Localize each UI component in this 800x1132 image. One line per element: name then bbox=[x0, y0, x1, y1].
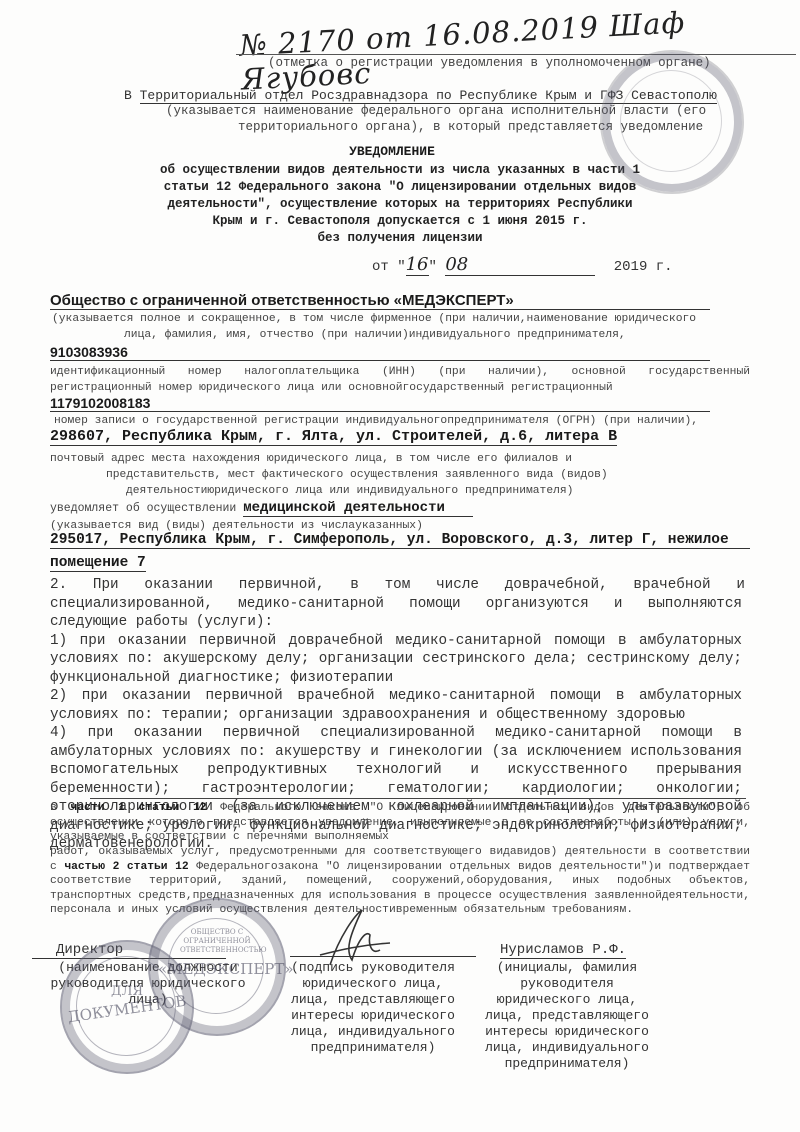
services-intro-2: специализированной, медико-санитарной по… bbox=[50, 595, 742, 614]
organization-caption-2: лица, фамилия, имя, отчество (при наличи… bbox=[124, 328, 626, 342]
title-subtitle: об осуществлении видов деятельности из ч… bbox=[130, 162, 670, 247]
documents-stamp: ДЛЯ ДОКУМЕНТОВ bbox=[60, 940, 194, 1074]
legal-address-caption-2: представительств, мест фактического осущ… bbox=[106, 468, 608, 482]
inn-value: 9103083936 bbox=[50, 344, 710, 361]
registration-stamp bbox=[600, 50, 744, 194]
activity-line: уведомляет об осуществлении медицинской … bbox=[50, 500, 473, 517]
date-day: 16 bbox=[406, 254, 429, 276]
signature-caption: (подпись руководителя юридического лица,… bbox=[268, 960, 478, 1056]
organization-name: Общество с ограниченной ответственностью… bbox=[50, 292, 710, 310]
activity-address-line-2: помещение 7 bbox=[50, 555, 146, 572]
ogrn-caption: номер записи о государственной регистрац… bbox=[54, 414, 698, 428]
section-divider bbox=[90, 798, 746, 799]
inn-caption-2: регистрационный номер юридического лица … bbox=[50, 381, 613, 395]
confirmation-paragraph-1: в части 1 статьи 12 Федерального закона … bbox=[50, 801, 750, 845]
services-item-2: 2) при оказании первичной врачебной меди… bbox=[50, 687, 742, 724]
title-line-2: статьи 12 Федерального закона "О лицензи… bbox=[130, 179, 670, 196]
date-line: от "16" 08 2019 г. bbox=[372, 254, 772, 276]
activity-caption: (указывается вид (виды) деятельности из … bbox=[50, 519, 423, 533]
date-year: 2019 г. bbox=[614, 259, 673, 275]
director-name-caption: (инициалы, фамилия руководителя юридичес… bbox=[482, 960, 652, 1072]
services-intro-3: следующие работы (услуги): bbox=[50, 613, 742, 632]
legal-address-caption-1: почтовый адрес места нахождения юридичес… bbox=[50, 452, 572, 466]
legal-address: 298607, Республика Крым, г. Ялта, ул. Ст… bbox=[50, 428, 617, 446]
director-name: Нурисламов Р.Ф. bbox=[500, 942, 626, 959]
legal-address-caption-3: деятельностиюридического лица или индиви… bbox=[126, 484, 573, 498]
services-intro-1: 2. При оказании первичной, в том числе д… bbox=[50, 576, 742, 595]
title-line-5: без получения лицензии bbox=[130, 230, 670, 247]
title-line-4: Крым и г. Севастополя допускается с 1 ию… bbox=[130, 213, 670, 230]
activity-value: медицинской деятельности bbox=[243, 500, 473, 517]
ogrn-value: 1179102008183 bbox=[50, 395, 710, 412]
title-line-3: деятельности", осуществление которых на … bbox=[130, 196, 670, 213]
inn-caption-1: идентификационный номер налогоплательщик… bbox=[50, 365, 750, 379]
date-month: 08 bbox=[445, 254, 595, 276]
activity-address-line-1: 295017, Республика Крым, г. Симферополь,… bbox=[50, 532, 750, 549]
title-line-1: об осуществлении видов деятельности из ч… bbox=[130, 162, 670, 179]
activity-prefix: уведомляет об осуществлении bbox=[50, 502, 236, 515]
services-item-1: 1) при оказании первичной доврачебной ме… bbox=[50, 632, 742, 688]
registration-underline bbox=[236, 54, 796, 55]
addressee-prefix: В bbox=[124, 88, 132, 103]
organization-caption-1: (указывается полное и сокращенное, в том… bbox=[52, 312, 696, 326]
